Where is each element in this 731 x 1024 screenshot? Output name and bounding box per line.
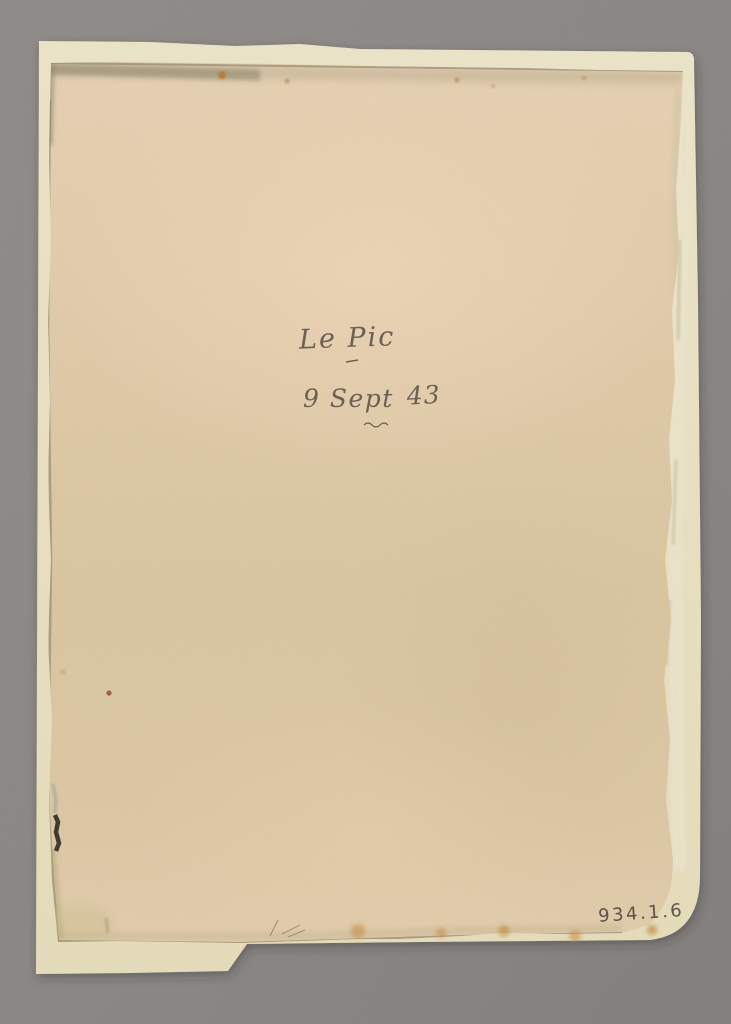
rust-spot (582, 76, 586, 80)
inscription-year-text: 43 (405, 380, 441, 411)
foxing-stain (436, 928, 446, 938)
paper-grain-texture (0, 0, 731, 1024)
verso-scene: Le Pic 9 Sept 43 934.1.6 (0, 0, 731, 1024)
inscription-title-text: Le Pic (297, 321, 395, 355)
rust-spot (285, 79, 290, 84)
bottom-left-olive-stain (48, 906, 112, 938)
foxing-stain (351, 924, 365, 938)
paper-surface-mottling (0, 0, 731, 1024)
foxing-stain (647, 925, 657, 935)
foxing-stain (499, 926, 510, 937)
bottom-left-brown-mark (106, 918, 108, 933)
faint-yellow-speck (60, 669, 66, 675)
red-speck (106, 690, 111, 695)
rust-spot (491, 84, 495, 88)
foxing-stain (569, 930, 581, 942)
artwork-verso-photograph: Le Pic 9 Sept 43 934.1.6 (0, 0, 731, 1024)
inscription-date-text: 9 Sept (303, 384, 394, 413)
rust-spot (454, 77, 459, 82)
top-edge-dark-band-left (51, 69, 260, 75)
rust-spot (218, 71, 226, 79)
artwork-sheet: Le Pic 9 Sept 43 934.1.6 (0, 0, 731, 1024)
